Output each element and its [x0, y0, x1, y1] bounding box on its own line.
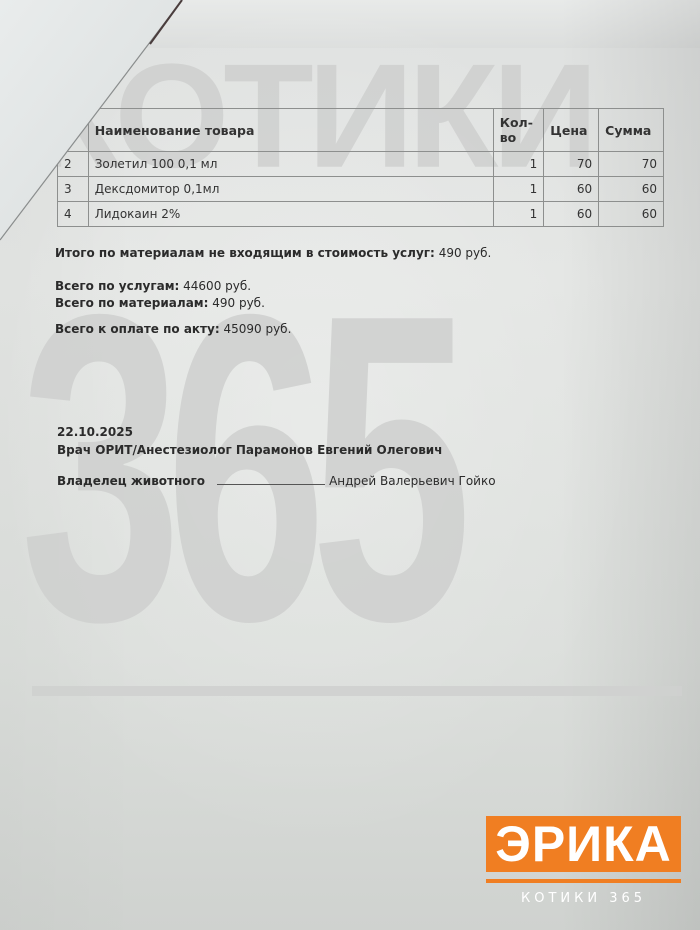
owner-name: Андрей Валерьевич Гойко — [329, 474, 496, 488]
services-total: Всего по услугам: 44600 руб. — [55, 279, 251, 293]
header-sum: Сумма — [599, 109, 664, 152]
signature-underline — [217, 474, 325, 485]
row-qty: 1 — [493, 152, 544, 177]
logo-bar — [486, 879, 681, 883]
row-num: 4 — [58, 202, 89, 227]
row-price: 60 — [544, 202, 599, 227]
row-num: 2 — [58, 152, 89, 177]
row-name: Золетил 100 0,1 мл — [88, 152, 493, 177]
row-qty: 1 — [493, 202, 544, 227]
row-sum: 70 — [599, 152, 664, 177]
header-num: № — [58, 109, 89, 152]
grand-total-value: 45090 руб. — [223, 322, 291, 336]
materials-not-included-value: 490 руб. — [439, 246, 492, 260]
document-date: 22.10.2025 — [57, 425, 133, 439]
header-qty: Кол-во — [493, 109, 544, 152]
grand-total-label: Всего к оплате по акту: — [55, 322, 220, 336]
header-name: Наименование товара — [88, 109, 493, 152]
row-name: Лидокаин 2% — [88, 202, 493, 227]
materials-not-included-total: Итого по материалам не входящим в стоимо… — [55, 246, 491, 260]
materials-total: Всего по материалам: 490 руб. — [55, 296, 265, 310]
row-sum: 60 — [599, 177, 664, 202]
erika-logo: ЭРИКА КОТИКИ 365 — [486, 816, 681, 906]
grand-total: Всего к оплате по акту: 45090 руб. — [55, 322, 291, 336]
row-qty: 1 — [493, 177, 544, 202]
owner-label: Владелец животного — [57, 474, 205, 488]
owner-signature-line: Владелец животногоАндрей Валерьевич Гойк… — [57, 474, 496, 488]
header-price: Цена — [544, 109, 599, 152]
table-row: 2 Золетил 100 0,1 мл 1 70 70 — [58, 152, 664, 177]
services-total-value: 44600 руб. — [183, 279, 251, 293]
row-price: 70 — [544, 152, 599, 177]
materials-not-included-label: Итого по материалам не входящим в стоимо… — [55, 246, 435, 260]
document: № Наименование товара Кол-во Цена Сумма … — [0, 0, 700, 930]
materials-total-label: Всего по материалам: — [55, 296, 208, 310]
services-total-label: Всего по услугам: — [55, 279, 179, 293]
items-table: № Наименование товара Кол-во Цена Сумма … — [57, 108, 664, 227]
table-row: 3 Дексдомитор 0,1мл 1 60 60 — [58, 177, 664, 202]
doctor-name: Врач ОРИТ/Анестезиолог Парамонов Евгений… — [57, 443, 442, 457]
logo-subtitle: КОТИКИ 365 — [486, 891, 681, 906]
table-row: 4 Лидокаин 2% 1 60 60 — [58, 202, 664, 227]
row-name: Дексдомитор 0,1мл — [88, 177, 493, 202]
table-header-row: № Наименование товара Кол-во Цена Сумма — [58, 109, 664, 152]
row-num: 3 — [58, 177, 89, 202]
row-sum: 60 — [599, 202, 664, 227]
row-price: 60 — [544, 177, 599, 202]
materials-total-value: 490 руб. — [212, 296, 265, 310]
logo-title: ЭРИКА — [486, 816, 681, 872]
